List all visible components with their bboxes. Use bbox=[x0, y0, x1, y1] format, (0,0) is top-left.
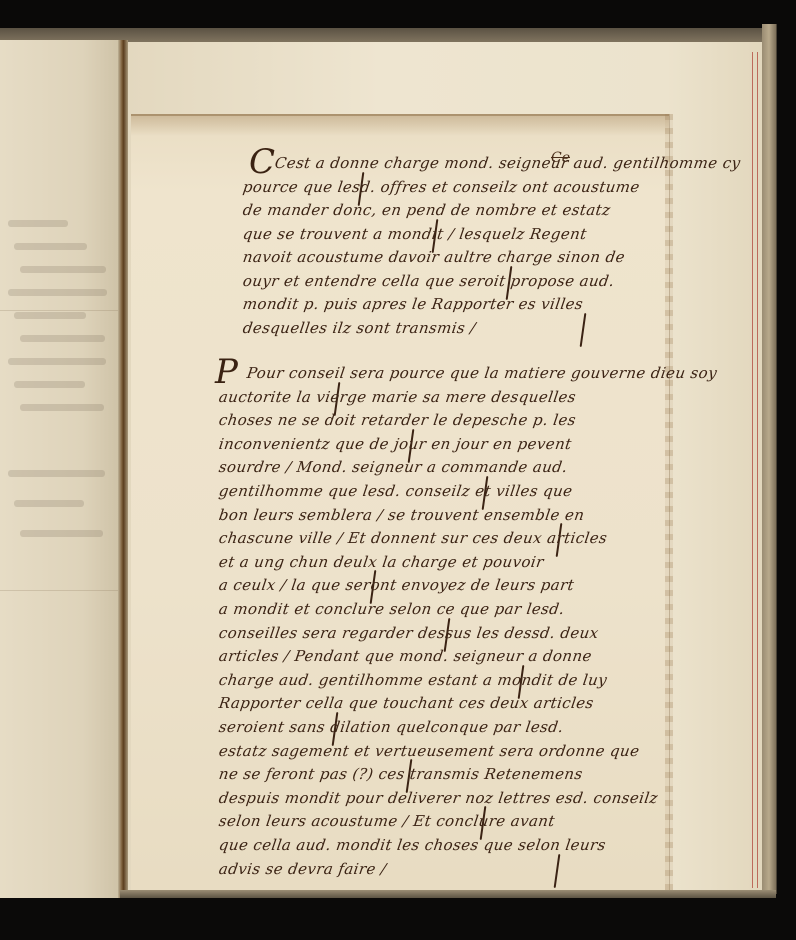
manuscript-line: gentilhomme que lesd. conseilz et villes… bbox=[218, 482, 574, 500]
manuscript-line: ouyr et entendre cella que seroit propos… bbox=[242, 272, 616, 290]
manuscript-line: Cest a donne charge mond. seigneur aud. … bbox=[274, 154, 742, 172]
descender-stroke bbox=[554, 854, 561, 888]
manuscript-line: conseilles sera regarder dessus les dess… bbox=[218, 624, 600, 642]
ghost-text-line bbox=[14, 381, 85, 388]
red-margin-rule bbox=[752, 52, 753, 888]
manuscript-sheet: Ce C Cest a donne charge mond. seigneur … bbox=[131, 114, 669, 890]
ghost-text-line bbox=[20, 266, 106, 273]
manuscript-line: a mondit et conclure selon ce que par le… bbox=[218, 600, 566, 618]
left-facing-page bbox=[0, 40, 118, 898]
manuscript-line: Pour conseil sera pource que la matiere … bbox=[246, 364, 719, 382]
ghost-text-line bbox=[20, 530, 103, 537]
red-margin-rule bbox=[757, 52, 758, 888]
descender-stroke bbox=[580, 313, 587, 347]
manuscript-line: pource que lesd. offres et conseilz ont … bbox=[242, 178, 641, 196]
book-cover-right-edge bbox=[762, 24, 777, 894]
book-cover-bottom-edge bbox=[120, 890, 776, 898]
manuscript-line: despuis mondit pour deliverer noz lettre… bbox=[218, 789, 659, 807]
water-stain-top bbox=[131, 114, 669, 136]
manuscript-line: ne se feront pas (?) ces transmis Retene… bbox=[218, 765, 584, 783]
torn-edge bbox=[665, 114, 673, 890]
manuscript-line: articles / Pendant que mond. seigneur a … bbox=[218, 647, 593, 665]
page-fold-line bbox=[0, 310, 118, 311]
manuscript-line: auctorite la vierge marie sa mere desque… bbox=[218, 388, 577, 406]
ghost-text-line bbox=[20, 404, 104, 411]
page-fold-line bbox=[0, 590, 118, 591]
manuscript-line: que cella aud. mondit les choses que sel… bbox=[218, 836, 607, 854]
initial-letter: C bbox=[249, 142, 275, 182]
book-gutter bbox=[118, 40, 128, 898]
background-top bbox=[0, 0, 796, 30]
ghost-text-line bbox=[14, 312, 86, 319]
manuscript-line: bon leurs semblera / se trouvent ensembl… bbox=[218, 506, 586, 524]
manuscript-line: charge aud. gentilhomme estant a mondit … bbox=[218, 671, 609, 689]
manuscript-line: inconvenientz que de jour en jour en pev… bbox=[218, 435, 573, 453]
manuscript-line: advis se devra faire / bbox=[218, 860, 388, 878]
ghost-text-line bbox=[8, 289, 107, 296]
ghost-text-line bbox=[8, 358, 106, 365]
manuscript-line: choses ne se doit retarder le depesche p… bbox=[218, 411, 577, 429]
ghost-text-line bbox=[14, 243, 87, 250]
manuscript-line: seroient sans dilation quelconque par le… bbox=[218, 718, 565, 736]
manuscript-line: que se trouvent a mondit / lesquelz Rege… bbox=[242, 225, 588, 243]
manuscript-line: desquelles ilz sont transmis / bbox=[242, 319, 477, 337]
ghost-text-line bbox=[8, 470, 105, 477]
manuscript-line: navoit acoustume davoir aultre charge si… bbox=[242, 248, 626, 266]
manuscript-line: sourdre / Mond. seigneur a commande aud. bbox=[218, 458, 569, 476]
manuscript-line: Rapporter cella que touchant ces deux ar… bbox=[218, 694, 595, 712]
manuscript-line: de mander donc, en pend de nombre et est… bbox=[242, 201, 612, 219]
ghost-text-line bbox=[20, 335, 105, 342]
manuscript-line: chascune ville / Et donnent sur ces deux… bbox=[218, 529, 609, 547]
ghost-text-line bbox=[14, 500, 84, 507]
ghost-text-line bbox=[8, 220, 68, 227]
manuscript-line: selon leurs acoustume / Et conclure avan… bbox=[218, 812, 556, 830]
manuscript-line: estatz sagement et vertueusement sera or… bbox=[218, 742, 641, 760]
manuscript-line: a ceulx / la que seront envoyez de leurs… bbox=[218, 576, 576, 594]
manuscript-line: mondit p. puis apres le Rapporter es vil… bbox=[242, 295, 585, 313]
initial-letter: P bbox=[215, 352, 238, 392]
manuscript-line: et a ung chun deulx la charge et pouvoir bbox=[218, 553, 545, 571]
